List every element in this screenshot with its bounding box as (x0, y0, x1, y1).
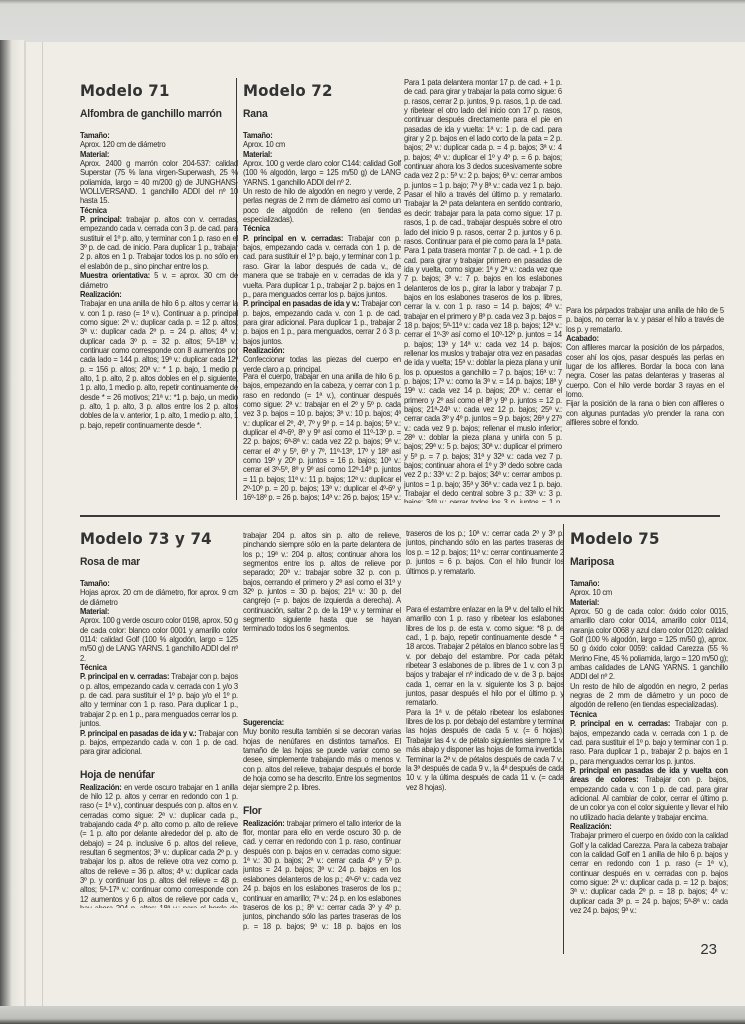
flower-text-continued: trabajar primero el tallo interior de la… (406, 530, 564, 576)
size-label: Tamaño: (570, 579, 728, 588)
finishing-text-2: Fijar la posición de la rana o bien con … (566, 399, 724, 427)
leaf-text-container: Realización: en verde oscuro trabajar en… (80, 783, 238, 908)
page-binding (0, 40, 24, 1010)
material-label: Material: (80, 607, 238, 616)
modelo-75-column: Modelo 75 Mariposa Tamaño: Aprox. 10 cm … (570, 530, 728, 956)
material-extra-text: Un resto de hilo de algodón en negro, 2 … (570, 682, 728, 710)
stitch-label: P. principal: (80, 215, 122, 224)
technique-label: Técnica (80, 206, 238, 215)
material-label: Material: (570, 598, 728, 607)
material-text: Aprox. 50 g de cada color: óxido color 0… (570, 607, 728, 682)
stitch-label: P. principal en pasadas de ida y v.: (80, 729, 196, 738)
size-text: Aprox. 120 cm de diámetro (80, 140, 238, 149)
material-text: Aprox. 2400 g marrón color 204-537: cali… (80, 159, 238, 206)
technique-rows: P. principal en pasadas de ida y v.: Tra… (243, 299, 401, 346)
technique-label: Técnica (243, 224, 401, 233)
modelo-73-74-column-3: trabajar primero el tallo interior de la… (406, 530, 564, 792)
page-edge (42, 42, 43, 1006)
body-text: Para el cuerpo, trabajar en una anilla d… (243, 372, 401, 502)
modelo-72-body-column-3: Para 1 pata delantera montar 17 p. de ca… (404, 78, 562, 503)
finishing-text: Con alfileres marcar la posición de los … (566, 343, 724, 399)
technique-rounds: P. principal en v. cerradas: Trabajar co… (80, 672, 238, 728)
modelo-71-column: Modelo 71 Alfombra de ganchillo marrón T… (80, 82, 238, 430)
technique-label: Técnica (570, 710, 728, 719)
page-number: 23 (700, 941, 717, 958)
stitch-label: P. principal en v. cerradas: (570, 719, 670, 728)
leaf-title: Hoja de nenúfar (80, 769, 238, 782)
technique-rounds: P. principal en v. cerradas: Trabajar co… (243, 234, 401, 299)
size-label: Tamaño: (80, 131, 238, 140)
model-title: Modelo 75 (570, 530, 728, 548)
stamen-text: Para el estambre enlazar en la 9ª v. del… (406, 605, 564, 708)
flower-continuation: trabajar primero el tallo interior de la… (406, 530, 564, 605)
instructions-label: Realización: (570, 822, 728, 831)
material-text: Aprox. 100 g verde claro color C144: cal… (243, 159, 401, 187)
material-extra-text: Un resto de hilo de algodón en negro y v… (243, 187, 401, 224)
model-title: Modelo 71 (80, 82, 238, 100)
tip-label: Sugerencia: (243, 718, 401, 727)
model-title: Modelo 72 (243, 82, 401, 100)
leaf-text-continued: en verde oscuro trabajar en 1 anilla de … (243, 530, 401, 634)
stitch-label: P. principal en v. cerradas: (80, 672, 169, 681)
technique-label: Técnica (80, 663, 238, 672)
item-title: Rana (243, 108, 401, 121)
leaf-text: Realización: en verde oscuro trabajar en… (80, 783, 238, 908)
technique-rows: P. principal en pasadas de ida y v.: Tra… (80, 729, 238, 757)
technique-text: P. principal: trabajar p. altos con v. c… (80, 215, 238, 271)
flower-title: Flor (243, 805, 401, 818)
scan-background-top (0, 0, 745, 42)
instructions-text: Trabajar en una anilla de hilo 6 p. alto… (80, 299, 238, 430)
size-label: Tamaño: (243, 131, 401, 140)
gauge-label: Muestra orientativa: (80, 271, 150, 280)
flower-text-container: Realización: trabajar primero el tallo i… (243, 819, 401, 931)
size-text: Aprox. 10 cm (243, 140, 401, 149)
flower-text: Realización: trabajar primero el tallo i… (243, 819, 401, 931)
body-text: Para 1 pata delantera montar 17 p. de ca… (404, 78, 562, 503)
petal-text: Para la 1ª v. de pétalo ribetear los esl… (406, 708, 564, 792)
material-text: Aprox. 100 g verde oscuro color 0198, ap… (80, 616, 238, 663)
instructions-label: Realización: (80, 290, 238, 299)
legs-text: Para los párpados trabajar una anilla de… (566, 306, 724, 334)
instructions-text: en verde oscuro trabajar en 1 anilla de … (80, 783, 238, 908)
instructions-label: Realización: (243, 346, 401, 355)
size-text: Aprox. 10 cm (570, 588, 728, 597)
section-divider (80, 515, 720, 517)
technique-rows: P. principal en pasadas de ida y vuelta … (570, 766, 728, 822)
modelo-72-body-column-4: Para los párpados trabajar una anilla de… (566, 78, 724, 503)
item-title: Mariposa (570, 556, 728, 569)
stitch-text: Trabajar con p. bajos, empezando cada v.… (243, 234, 401, 299)
stitch-label: P. principal en v. cerradas: (243, 234, 343, 243)
instructions-label: Realización: (80, 783, 122, 792)
instructions-label: Realización: (243, 819, 285, 828)
leaf-continuation: en verde oscuro trabajar en 1 anilla de … (243, 530, 401, 718)
instructions-text: Trabajar primero el cuerpo en óxido con … (570, 831, 728, 915)
scan-background-bottom (0, 1006, 745, 1024)
technique-rounds: P. principal en v. cerradas: Trabajar co… (570, 719, 728, 766)
instructions-text: trabajar primero el tallo interior de la… (243, 819, 401, 931)
material-label: Material: (243, 150, 401, 159)
modelo-73-74-column: Modelo 73 y 74 Rosa de mar Tamaño: Hojas… (80, 530, 238, 908)
size-label: Tamaño: (80, 579, 238, 588)
gauge-text: Muestra orientativa: 5 v. = aprox. 30 cm… (80, 271, 238, 290)
modelo-72-body-column-2: Para el cuerpo, trabajar en una anilla d… (243, 372, 401, 502)
stitch-label: P. principal en pasadas de ida y v.: (243, 299, 359, 308)
item-title: Rosa de mar (80, 556, 238, 569)
finishing-label: Acabado: (566, 334, 724, 343)
tip-text: Muy bonito resulta también si se decoran… (243, 727, 401, 792)
modelo-72-column: Modelo 72 Rana Tamaño: Aprox. 10 cm Mate… (243, 82, 401, 374)
model-title: Modelo 73 y 74 (80, 530, 238, 548)
size-text: Hojas aprox. 20 cm de diámetro, flor apr… (80, 588, 238, 607)
modelo-73-74-column-2: en verde oscuro trabajar en 1 anilla de … (243, 530, 401, 931)
material-label: Material: (80, 150, 238, 159)
item-title: Alfombra de ganchillo marrón (80, 108, 238, 121)
